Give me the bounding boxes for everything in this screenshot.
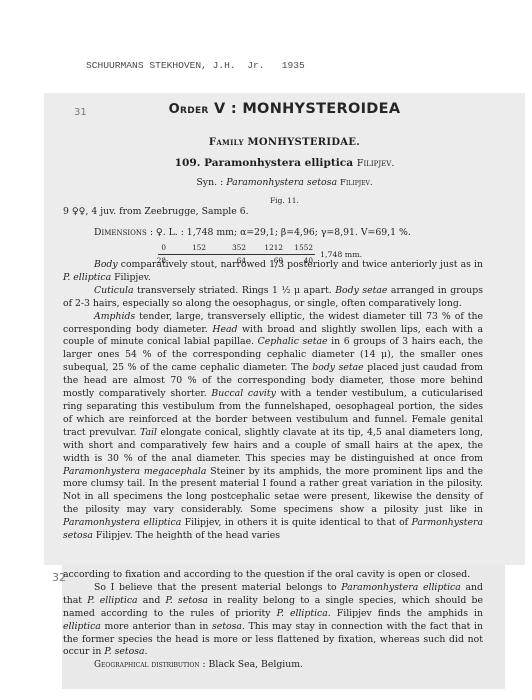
formula-value: 1212 [264, 243, 283, 252]
citation-author-year: SCHUURMANS STEKHOVEN, J.H. Jr. 1935 [86, 61, 526, 72]
species-heading: 109. Paramonhystera elliptica Filipjev. [44, 157, 525, 169]
formula-value: 0 [161, 243, 166, 252]
synonym-line: Syn. : Paramonhystera setosa Filipjev. [44, 177, 525, 188]
family-heading: Family MONHYSTERIDAE. [44, 137, 525, 148]
geographical-distribution: Geographical distribution : Black Sea, B… [63, 659, 483, 672]
formula-rule [158, 254, 315, 255]
paragraph-continued: according to fixation and according to t… [63, 569, 483, 582]
formula-value: 352 [232, 243, 246, 252]
formula-value: 152 [192, 243, 206, 252]
description-text: Body comparatively stout, narrowed 1/3 p… [63, 259, 483, 543]
material-line: 9 ♀♀, 4 juv. from Zeebrugge, Sample 6. [63, 206, 249, 217]
paragraph-amphids: Amphids tender, large, transversely elli… [63, 311, 483, 543]
formula-value: 1552 [294, 243, 313, 252]
order-heading: Order V : MONHYSTEROIDEA [44, 101, 525, 117]
paragraph-cuticula: Cuticula transversely striated. Rings 1 … [63, 285, 483, 311]
paragraph-body: Body comparatively stout, narrowed 1/3 p… [63, 259, 483, 285]
page-clipping-31: 31 Order V : MONHYSTEROIDEA Family MONHY… [44, 93, 525, 565]
dimensions-line: Dimensions : ♀. L. : 1,748 mm; α=29,1; β… [94, 227, 411, 238]
formula-total: 1,748 mm. [320, 250, 362, 259]
page-clipping-32: 32 according to fixation and according t… [62, 565, 505, 689]
formula-top-row: 015235212121552 [158, 243, 313, 253]
description-text-cont: according to fixation and according to t… [63, 569, 483, 672]
figure-reference: Fig. 11. [44, 196, 525, 205]
paragraph-conclusion: So I believe that the present material b… [63, 582, 483, 659]
